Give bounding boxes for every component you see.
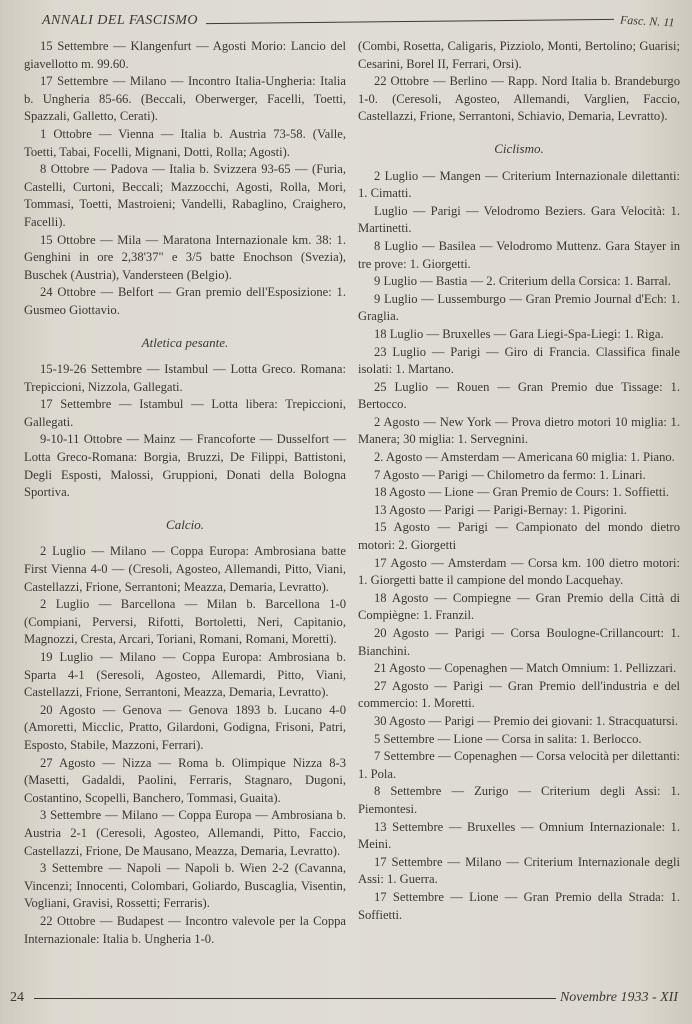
entry: 21 Agosto — Copenaghen — Match Omnium: 1… <box>358 660 680 678</box>
entry: 15 Settembre — Klangenfurt — Agosti Mori… <box>24 38 346 73</box>
entry: 13 Agosto — Parigi — Parigi-Bernay: 1. P… <box>358 502 680 520</box>
entry: 17 Agosto — Amsterdam — Corsa km. 100 di… <box>358 555 680 590</box>
entry: 17 Settembre — Milano — Incontro Italia-… <box>24 73 346 126</box>
entry: Luglio — Parigi — Velodromo Beziers. Gar… <box>358 203 680 238</box>
entry: 1 Ottobre — Vienna — Italia b. Austria 7… <box>24 126 346 161</box>
entry: 25 Luglio — Rouen — Gran Premio due Tiss… <box>358 379 680 414</box>
entry: 27 Agosto — Nizza — Roma b. Olimpique Ni… <box>24 755 346 808</box>
entry: 15 Agosto — Parigi — Campionato del mond… <box>358 519 680 554</box>
entry: 22 Ottobre — Budapest — Incontro valevol… <box>24 913 346 948</box>
entry: 5 Settembre — Lione — Corsa in salita: 1… <box>358 731 680 749</box>
entry: 7 Agosto — Parigi — Chilometro da fermo:… <box>358 467 680 485</box>
entry: 2 Luglio — Mangen — Criterium Internazio… <box>358 168 680 203</box>
entry: 3 Settembre — Napoli — Napoli b. Wien 2-… <box>24 860 346 913</box>
entry: 24 Ottobre — Belfort — Gran premio dell'… <box>24 284 346 319</box>
entry: 13 Settembre — Bruxelles — Omnium Intern… <box>358 819 680 854</box>
page-number: 24 <box>10 990 24 1006</box>
entry: 8 Ottobre — Padova — Italia b. Svizzera … <box>24 161 346 231</box>
entry: 7 Settembre — Copenaghen — Corsa velocit… <box>358 748 680 783</box>
entry: 23 Luglio — Parigi — Giro di Francia. Cl… <box>358 344 680 379</box>
running-header: ANNALI DEL FASCISMO Fasc. N. 11 <box>42 10 674 32</box>
header-rule <box>206 18 614 23</box>
entry: 18 Agosto — Lione — Gran Premio de Cours… <box>358 484 680 502</box>
entry: 2 Luglio — Milano — Coppa Europa: Ambros… <box>24 543 346 596</box>
entry: 19 Luglio — Milano — Coppa Europa: Ambro… <box>24 649 346 702</box>
entry: 27 Agosto — Parigi — Gran Premio dell'in… <box>358 678 680 713</box>
entry: 8 Luglio — Basilea — Velodromo Muttenz. … <box>358 238 680 273</box>
right-column: (Combi, Rosetta, Caligaris, Pizziolo, Mo… <box>358 38 680 978</box>
entry: 2. Agosto — Amsterdam — Americana 60 mig… <box>358 449 680 467</box>
section-title-calcio: Calcio. <box>24 516 346 534</box>
entry: 22 Ottobre — Berlino — Rapp. Nord Italia… <box>358 73 680 126</box>
body-columns: 15 Settembre — Klangenfurt — Agosti Mori… <box>24 38 680 978</box>
entry: 9 Luglio — Bastia — 2. Criterium della C… <box>358 273 680 291</box>
section-title-ciclismo: Ciclismo. <box>358 140 680 158</box>
entry: 18 Agosto — Compiegne — Gran Premio dell… <box>358 590 680 625</box>
entry: 17 Settembre — Lione — Gran Premio della… <box>358 889 680 924</box>
running-footer: 24 Novembre 1933 - XII <box>10 986 678 1010</box>
publication-title: ANNALI DEL FASCISMO <box>42 13 198 29</box>
entry: 15-19-26 Settembre — Istambul — Lotta Gr… <box>24 361 346 396</box>
entry: 17 Settembre — Istambul — Lotta libera: … <box>24 396 346 431</box>
issue-date: Novembre 1933 - XII <box>560 990 678 1006</box>
entry: 20 Agosto — Genova — Genova 1893 b. Luca… <box>24 702 346 755</box>
entry: 15 Ottobre — Mila — Maratona Internazion… <box>24 232 346 285</box>
section-title-atletica-pesante: Atletica pesante. <box>24 334 346 352</box>
entry: 17 Settembre — Milano — Criterium Intern… <box>358 854 680 889</box>
entry: 20 Agosto — Parigi — Corsa Boulogne-Cril… <box>358 625 680 660</box>
issue-number: Fasc. N. 11 <box>619 12 674 30</box>
footer-rule <box>34 998 556 999</box>
entry: 9 Luglio — Lussemburgo — Gran Premio Jou… <box>358 291 680 326</box>
entry: 2 Agosto — New York — Prova dietro motor… <box>358 414 680 449</box>
entry: 9-10-11 Ottobre — Mainz — Francoforte — … <box>24 431 346 501</box>
entry: 30 Agosto — Parigi — Premio dei giovani:… <box>358 713 680 731</box>
entry: 2 Luglio — Barcellona — Milan b. Barcell… <box>24 596 346 649</box>
entry: 3 Settembre — Milano — Coppa Europa — Am… <box>24 807 346 860</box>
entry: 18 Luglio — Bruxelles — Gara Liegi-Spa-L… <box>358 326 680 344</box>
entry: 8 Settembre — Zurigo — Criterium degli A… <box>358 783 680 818</box>
entry-continued: (Combi, Rosetta, Caligaris, Pizziolo, Mo… <box>358 38 680 73</box>
left-column: 15 Settembre — Klangenfurt — Agosti Mori… <box>24 38 346 978</box>
